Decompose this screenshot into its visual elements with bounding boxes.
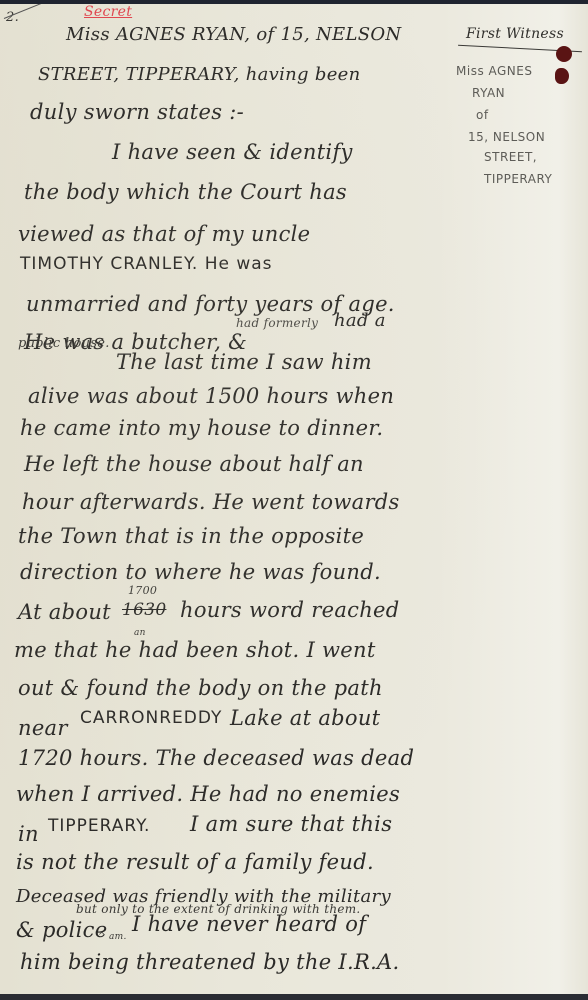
- struck-time: 1630: [122, 600, 166, 620]
- body-line-1: Miss AGNES RYAN, of 15, NELSON: [66, 24, 401, 45]
- body-line-26-start: & police: [16, 918, 107, 942]
- body-line-27: him being threatened by the I.R.A.: [20, 950, 400, 974]
- insertion-public-house: public house.: [18, 336, 110, 351]
- wax-seal-bottom: [555, 68, 569, 84]
- body-line-3: duly sworn states :-: [30, 100, 244, 124]
- page-bottom-edge: [0, 994, 588, 1000]
- margin-heading: First Witness: [466, 26, 564, 42]
- body-line-20-end: Lake at about: [230, 706, 380, 730]
- margin-line-2: RYAN: [472, 86, 505, 100]
- body-line-22: when I arrived. He had no enemies: [16, 782, 400, 806]
- body-line-19: out & found the body on the path: [18, 676, 383, 700]
- body-line-2: STREET, TIPPERARY, having been: [38, 64, 361, 85]
- insertion-had-formerly: had formerly: [236, 316, 318, 330]
- insertion-an: an: [134, 628, 146, 638]
- body-line-14: hour afterwards. He went towards: [22, 490, 400, 514]
- margin-line-1: Miss AGNES: [456, 64, 532, 78]
- body-line-7: TIMOTHY CRANLEY. He was: [20, 254, 273, 274]
- wax-seal-top: [556, 46, 572, 62]
- body-line-4: I have seen & identify: [112, 140, 353, 164]
- margin-line-4: 15, NELSON: [468, 130, 545, 144]
- inserted-time: 1700: [128, 584, 157, 597]
- margin-line-6: TIPPERARY: [484, 172, 552, 186]
- insertion-am: ^ am.: [98, 932, 127, 942]
- classification-mark: Secret: [84, 4, 132, 20]
- body-line-23-start: in: [18, 822, 39, 846]
- body-line-18: me that he had been shot. I went: [14, 638, 376, 662]
- body-line-15: the Town that is in the opposite: [18, 524, 364, 548]
- body-line-17-end: hours word reached: [180, 598, 400, 622]
- body-line-20-start: near: [18, 716, 68, 740]
- margin-line-3: of: [476, 108, 489, 122]
- margin-line-5: STREET,: [484, 150, 537, 164]
- body-line-24: is not the result of a family feud.: [16, 850, 374, 874]
- body-line-26-end: I have never heard of: [132, 912, 366, 936]
- body-line-21: 1720 hours. The deceased was dead: [18, 746, 414, 770]
- body-line-6: viewed as that of my uncle: [18, 222, 310, 246]
- body-line-9-end: had a: [334, 310, 386, 331]
- body-line-16: direction to where he was found.: [20, 560, 381, 584]
- place-name-tipperary: TIPPERARY.: [48, 816, 150, 836]
- document-page: 2. Secret First Witness Miss AGNES RYAN …: [0, 4, 588, 996]
- body-line-11: alive was about 1500 hours when: [28, 384, 394, 408]
- body-line-17-start: At about: [18, 600, 111, 624]
- body-line-13: He left the house about half an: [24, 452, 364, 476]
- body-line-23-end: I am sure that this: [190, 812, 392, 836]
- body-line-12: he came into my house to dinner.: [20, 416, 383, 440]
- body-line-10: The last time I saw him: [116, 350, 372, 374]
- body-line-5: the body which the Court has: [24, 180, 347, 204]
- place-name: CARRONREDDY: [80, 708, 222, 728]
